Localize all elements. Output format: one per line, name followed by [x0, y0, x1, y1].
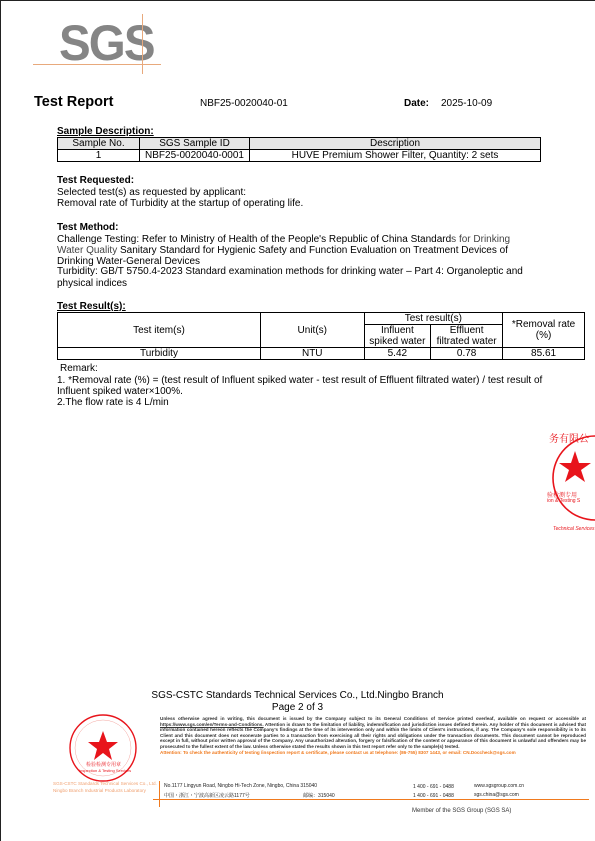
report-title: Test Report — [34, 94, 114, 110]
removal-rate-cell: 85.61 — [503, 348, 585, 360]
remark-line: 1. *Removal rate (%) = (test result of I… — [57, 375, 542, 387]
sgs-logo: SGS — [33, 14, 161, 74]
test-requested-line: Selected test(s) as requested by applica… — [57, 187, 246, 199]
official-seal-right: 务有限公 验检测专用 ion & Testing S Technical Ser… — [551, 416, 595, 546]
table-header-row: Test item(s) Unit(s) Test result(s) *Rem… — [58, 313, 585, 325]
test-method-line: Challenge Testing: Refer to Ministry of … — [57, 234, 510, 246]
unit-cell: NTU — [260, 348, 364, 360]
email-link[interactable]: sgs.china@sgs.com — [474, 792, 519, 798]
seal-mid-text-en: Inspection & Testing Services — [79, 768, 131, 773]
column-header-test-result: Test result(s) — [364, 313, 503, 325]
sample-no-cell: 1 — [58, 150, 140, 162]
remark-line: Influent spiked water×100%. — [57, 386, 183, 398]
sample-description-heading: Sample Description: — [57, 126, 154, 137]
official-seal-left: 检验检测专用章 Inspection & Testing Services SG… — [53, 711, 153, 791]
test-method-line: Water Quality Sanitary Standard for Hygi… — [57, 245, 508, 257]
test-results-heading: Test Result(s): — [57, 301, 126, 312]
test-method-line: Turbidity: GB/T 5750.4-2023 Standard exa… — [57, 266, 523, 278]
effluent-value-cell: 0.78 — [431, 348, 503, 360]
report-number: NBF25-0020040-01 — [200, 98, 288, 109]
address-divider-vertical — [159, 781, 160, 807]
sample-id-cell: NBF25-0020040-0001 — [140, 150, 250, 162]
description-cell: HUVE Premium Shower Filter, Quantity: 2 … — [250, 150, 541, 162]
column-header: Description — [250, 138, 541, 150]
test-method-text: Challenge Testing: Refer to Ministry of … — [57, 234, 451, 245]
date-value: 2025-10-09 — [441, 98, 492, 109]
column-header-removal-rate: *Removal rate (%) — [503, 313, 585, 348]
page-border-left — [0, 0, 1, 841]
remark-line: 2.The flow rate is 4 L/min — [57, 397, 169, 409]
removal-rate-label: *Removal rate — [512, 319, 575, 330]
influent-value-cell: 5.42 — [364, 348, 431, 360]
table-row: 1 NBF25-0020040-0001 HUVE Premium Shower… — [58, 150, 541, 162]
column-header-effluent: Effluent filtrated water — [431, 325, 503, 348]
website-link[interactable]: www.sgsgroup.com.cn — [474, 783, 524, 789]
test-method-heading: Test Method: — [57, 222, 118, 233]
phone: 1 400 - 691 - 0488 — [413, 784, 454, 790]
seal-bottom-text: Technical Services — [553, 526, 595, 532]
test-method-line: physical indices — [57, 278, 127, 290]
remark-heading: Remark: — [60, 363, 98, 375]
authenticity-notice: Attention: To check the authenticity of … — [160, 750, 586, 756]
table-header-row: Sample No. SGS Sample ID Description — [58, 138, 541, 150]
effluent-label: Effluent — [450, 325, 484, 336]
influent-label: Influent — [381, 325, 414, 336]
column-header-unit: Unit(s) — [260, 313, 364, 348]
effluent-sublabel: filtrated water — [437, 336, 497, 347]
address-en: No.1177 Lingyun Road, Ningbo Hi-Tech Zon… — [164, 783, 317, 789]
seal-caption: Ningbo Branch Industrial Products Labora… — [53, 788, 146, 793]
seal-top-text: 务有限公 — [549, 430, 589, 445]
terms-link[interactable]: https://www.sgs.com/en/Terms-and-Conditi… — [160, 722, 264, 727]
page-border-top — [0, 0, 595, 1]
influent-sublabel: spiked water — [369, 336, 425, 347]
phone: 1 400 - 691 - 0488 — [413, 793, 454, 799]
seal-mid-text-cn: 检验检测专用章 — [86, 761, 121, 768]
test-results-table: Test item(s) Unit(s) Test result(s) *Rem… — [57, 312, 585, 360]
member-statement: Member of the SGS Group (SGS SA) — [412, 808, 511, 814]
removal-rate-unit: (%) — [536, 330, 552, 341]
test-method-text: s for Drinking — [451, 234, 510, 245]
address-cn: 中国・浙江・宁波高新区凌云路1177号 — [164, 792, 250, 799]
column-header: SGS Sample ID — [140, 138, 250, 150]
test-item-cell: Turbidity — [58, 348, 261, 360]
test-requested-heading: Test Requested: — [57, 175, 134, 186]
legal-text: Unless otherwise agreed in writing, this… — [160, 716, 586, 721]
seal-mid-text-en: ion & Testing S — [547, 498, 580, 504]
test-requested-line: Removal rate of Turbidity at the startup… — [57, 198, 303, 210]
column-header: Sample No. — [58, 138, 140, 150]
legal-disclaimer: Unless otherwise agreed in writing, this… — [160, 716, 586, 755]
table-row: Turbidity NTU 5.42 0.78 85.61 — [58, 348, 585, 360]
test-method-text: Sanitary Standard for Hygienic Safety an… — [117, 245, 508, 256]
seal-caption: SGS-CSTC Standards Technical Services Co… — [53, 781, 157, 786]
footer-company-name: SGS-CSTC Standards Technical Services Co… — [0, 690, 595, 701]
seal-circle-icon — [53, 711, 153, 791]
postcode-cn: 邮编：315040 — [303, 792, 335, 799]
column-header-test-item: Test item(s) — [58, 313, 261, 348]
column-header-influent: Influent spiked water — [364, 325, 431, 348]
date-label: Date: — [404, 98, 429, 109]
address-divider-horizontal — [153, 799, 589, 800]
sgs-logo-text: SGS — [59, 18, 154, 68]
test-method-text: Water Quality — [57, 245, 117, 256]
logo-vertical-line — [142, 14, 143, 74]
sample-description-table: Sample No. SGS Sample ID Description 1 N… — [57, 137, 541, 162]
